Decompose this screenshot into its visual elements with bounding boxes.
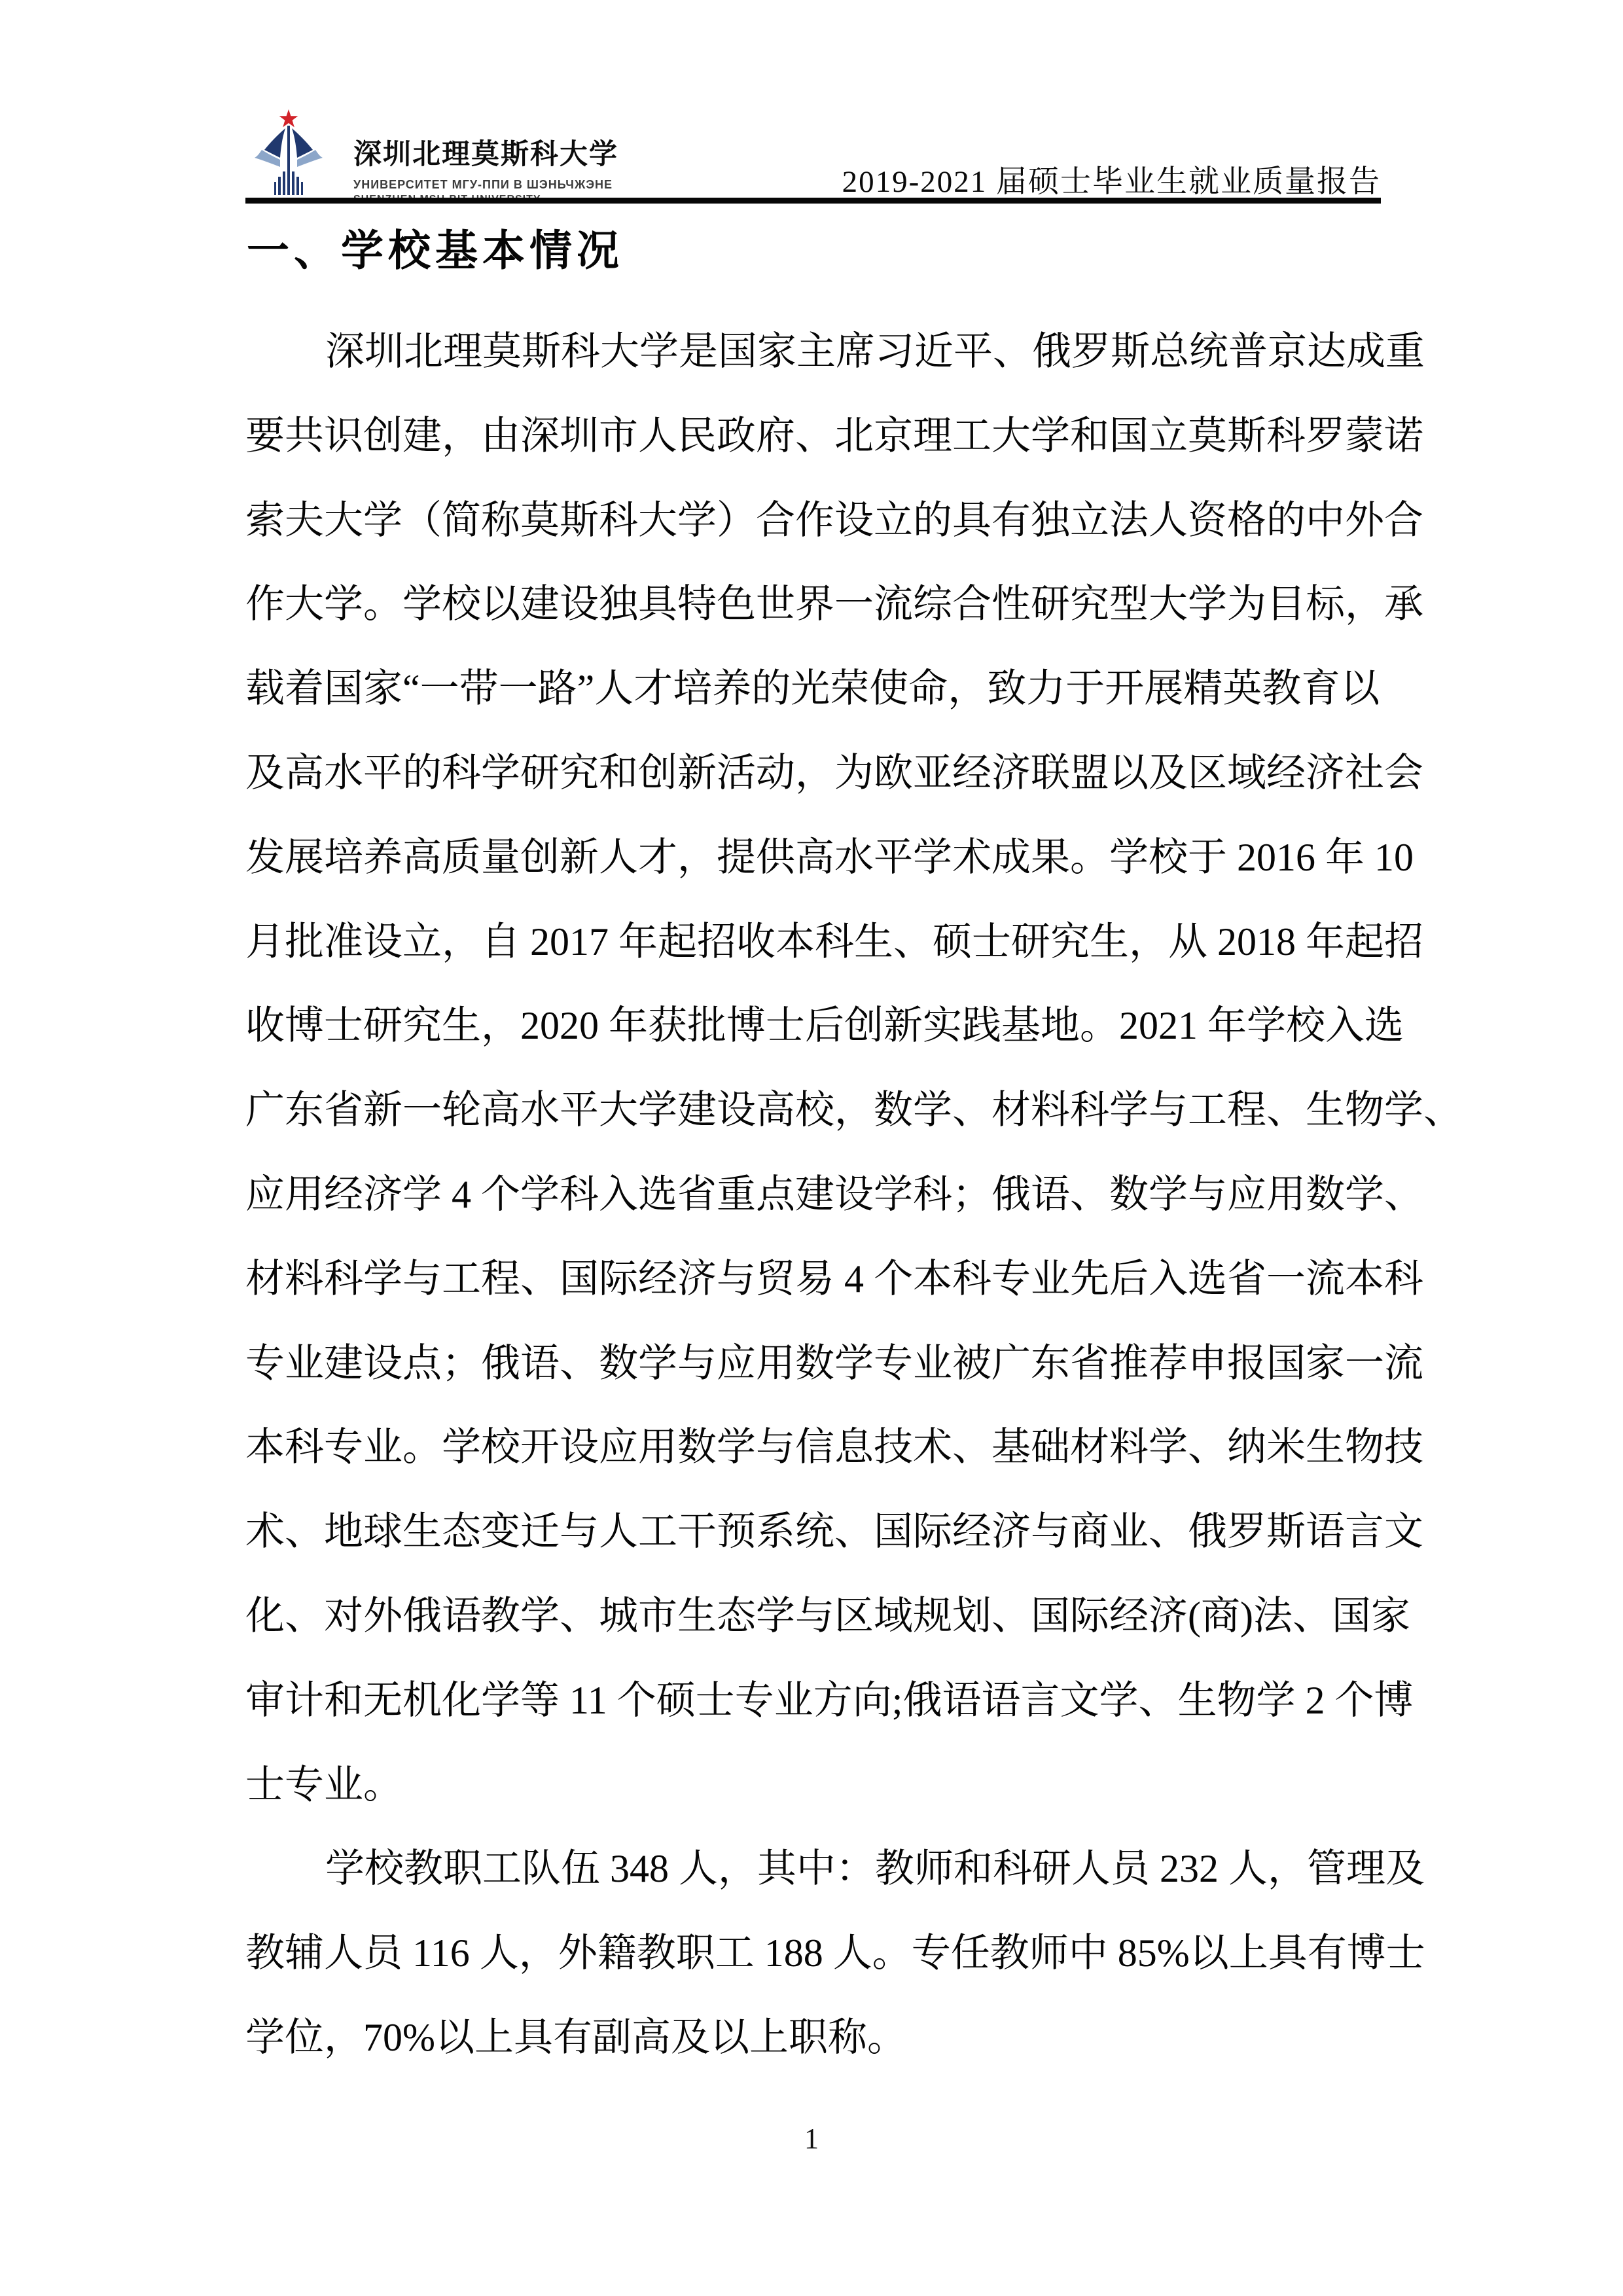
text-line: 应用经济学 4 个学科入选省重点建设学科；俄语、数学与应用数学、 — [245, 1153, 1380, 1237]
text-line: 士专业。 — [245, 1743, 1380, 1827]
university-name-ru: УНИВЕРСИТЕТ МГУ-ППИ В ШЭНЬЧЖЭНЕ — [353, 178, 618, 192]
logo-wordmark: 深圳北理莫斯科大学 УНИВЕРСИТЕТ МГУ-ППИ В ШЭНЬЧЖЭН… — [353, 132, 618, 206]
text-line: 要共识创建，由深圳市人民政府、北京理工大学和国立莫斯科罗蒙诺 — [245, 394, 1380, 478]
report-title: 2019-2021 届硕士毕业生就业质量报告 — [842, 157, 1381, 201]
text-line: 索夫大学（简称莫斯科大学）合作设立的具有独立法人资格的中外合 — [245, 478, 1380, 563]
text-line: 化、对外俄语教学、城市生态学与区域规划、国际经济(商)法、国家 — [245, 1574, 1380, 1659]
text-line: 发展培养高质量创新人才，提供高水平学术成果。学校于 2016 年 10 — [245, 816, 1380, 900]
text-line: 广东省新一轮高水平大学建设高校，数学、材料科学与工程、生物学、 — [245, 1068, 1380, 1153]
text-line: 材料科学与工程、国际经济与贸易 4 个本科专业先后入选省一流本科 — [245, 1237, 1380, 1321]
page-number: 1 — [0, 2122, 1623, 2155]
university-name-cn: 深圳北理莫斯科大学 — [353, 132, 618, 172]
text-line: 学位，70%以上具有副高及以上职称。 — [245, 1996, 1380, 2080]
document-page: 深圳北理莫斯科大学 УНИВЕРСИТЕТ МГУ-ППИ В ШЭНЬЧЖЭН… — [0, 0, 1623, 2296]
text-line: 收博士研究生，2020 年获批博士后创新实践基地。2021 年学校入选 — [245, 984, 1380, 1068]
text-line: 作大学。学校以建设独具特色世界一流综合性研究型大学为目标，承 — [245, 562, 1380, 647]
text-line: 专业建设点；俄语、数学与应用数学专业被广东省推荐申报国家一流 — [245, 1321, 1380, 1406]
body-text: 深圳北理莫斯科大学是国家主席习近平、俄罗斯总统普京达成重要共识创建，由深圳市人民… — [245, 310, 1380, 2080]
text-line: 术、地球生态变迁与人工干预系统、国际经济与商业、俄罗斯语言文 — [245, 1490, 1380, 1574]
text-line: 学校教职工队伍 348 人，其中：教师和科研人员 232 人，管理及 — [245, 1827, 1380, 1911]
text-line: 教辅人员 116 人，外籍教职工 188 人。专任教师中 85%以上具有博士 — [245, 1911, 1380, 1996]
university-logo-icon — [251, 109, 332, 195]
text-line: 本科专业。学校开设应用数学与信息技术、基础材料学、纳米生物技 — [245, 1405, 1380, 1490]
text-line: 载着国家“一带一路”人才培养的光荣使命，致力于开展精英教育以 — [245, 647, 1380, 731]
section-heading: 一、学校基本情况 — [247, 216, 624, 278]
text-line: 及高水平的科学研究和创新活动，为欧亚经济联盟以及区域经济社会 — [245, 731, 1380, 816]
text-line: 深圳北理莫斯科大学是国家主席习近平、俄罗斯总统普京达成重 — [245, 310, 1380, 394]
text-line: 月批准设立，自 2017 年起招收本科生、硕士研究生，从 2018 年起招 — [245, 900, 1380, 984]
header-rule — [245, 198, 1381, 204]
text-line: 审计和无机化学等 11 个硕士专业方向;俄语语言文学、生物学 2 个博 — [245, 1659, 1380, 1743]
star-icon — [279, 109, 298, 127]
